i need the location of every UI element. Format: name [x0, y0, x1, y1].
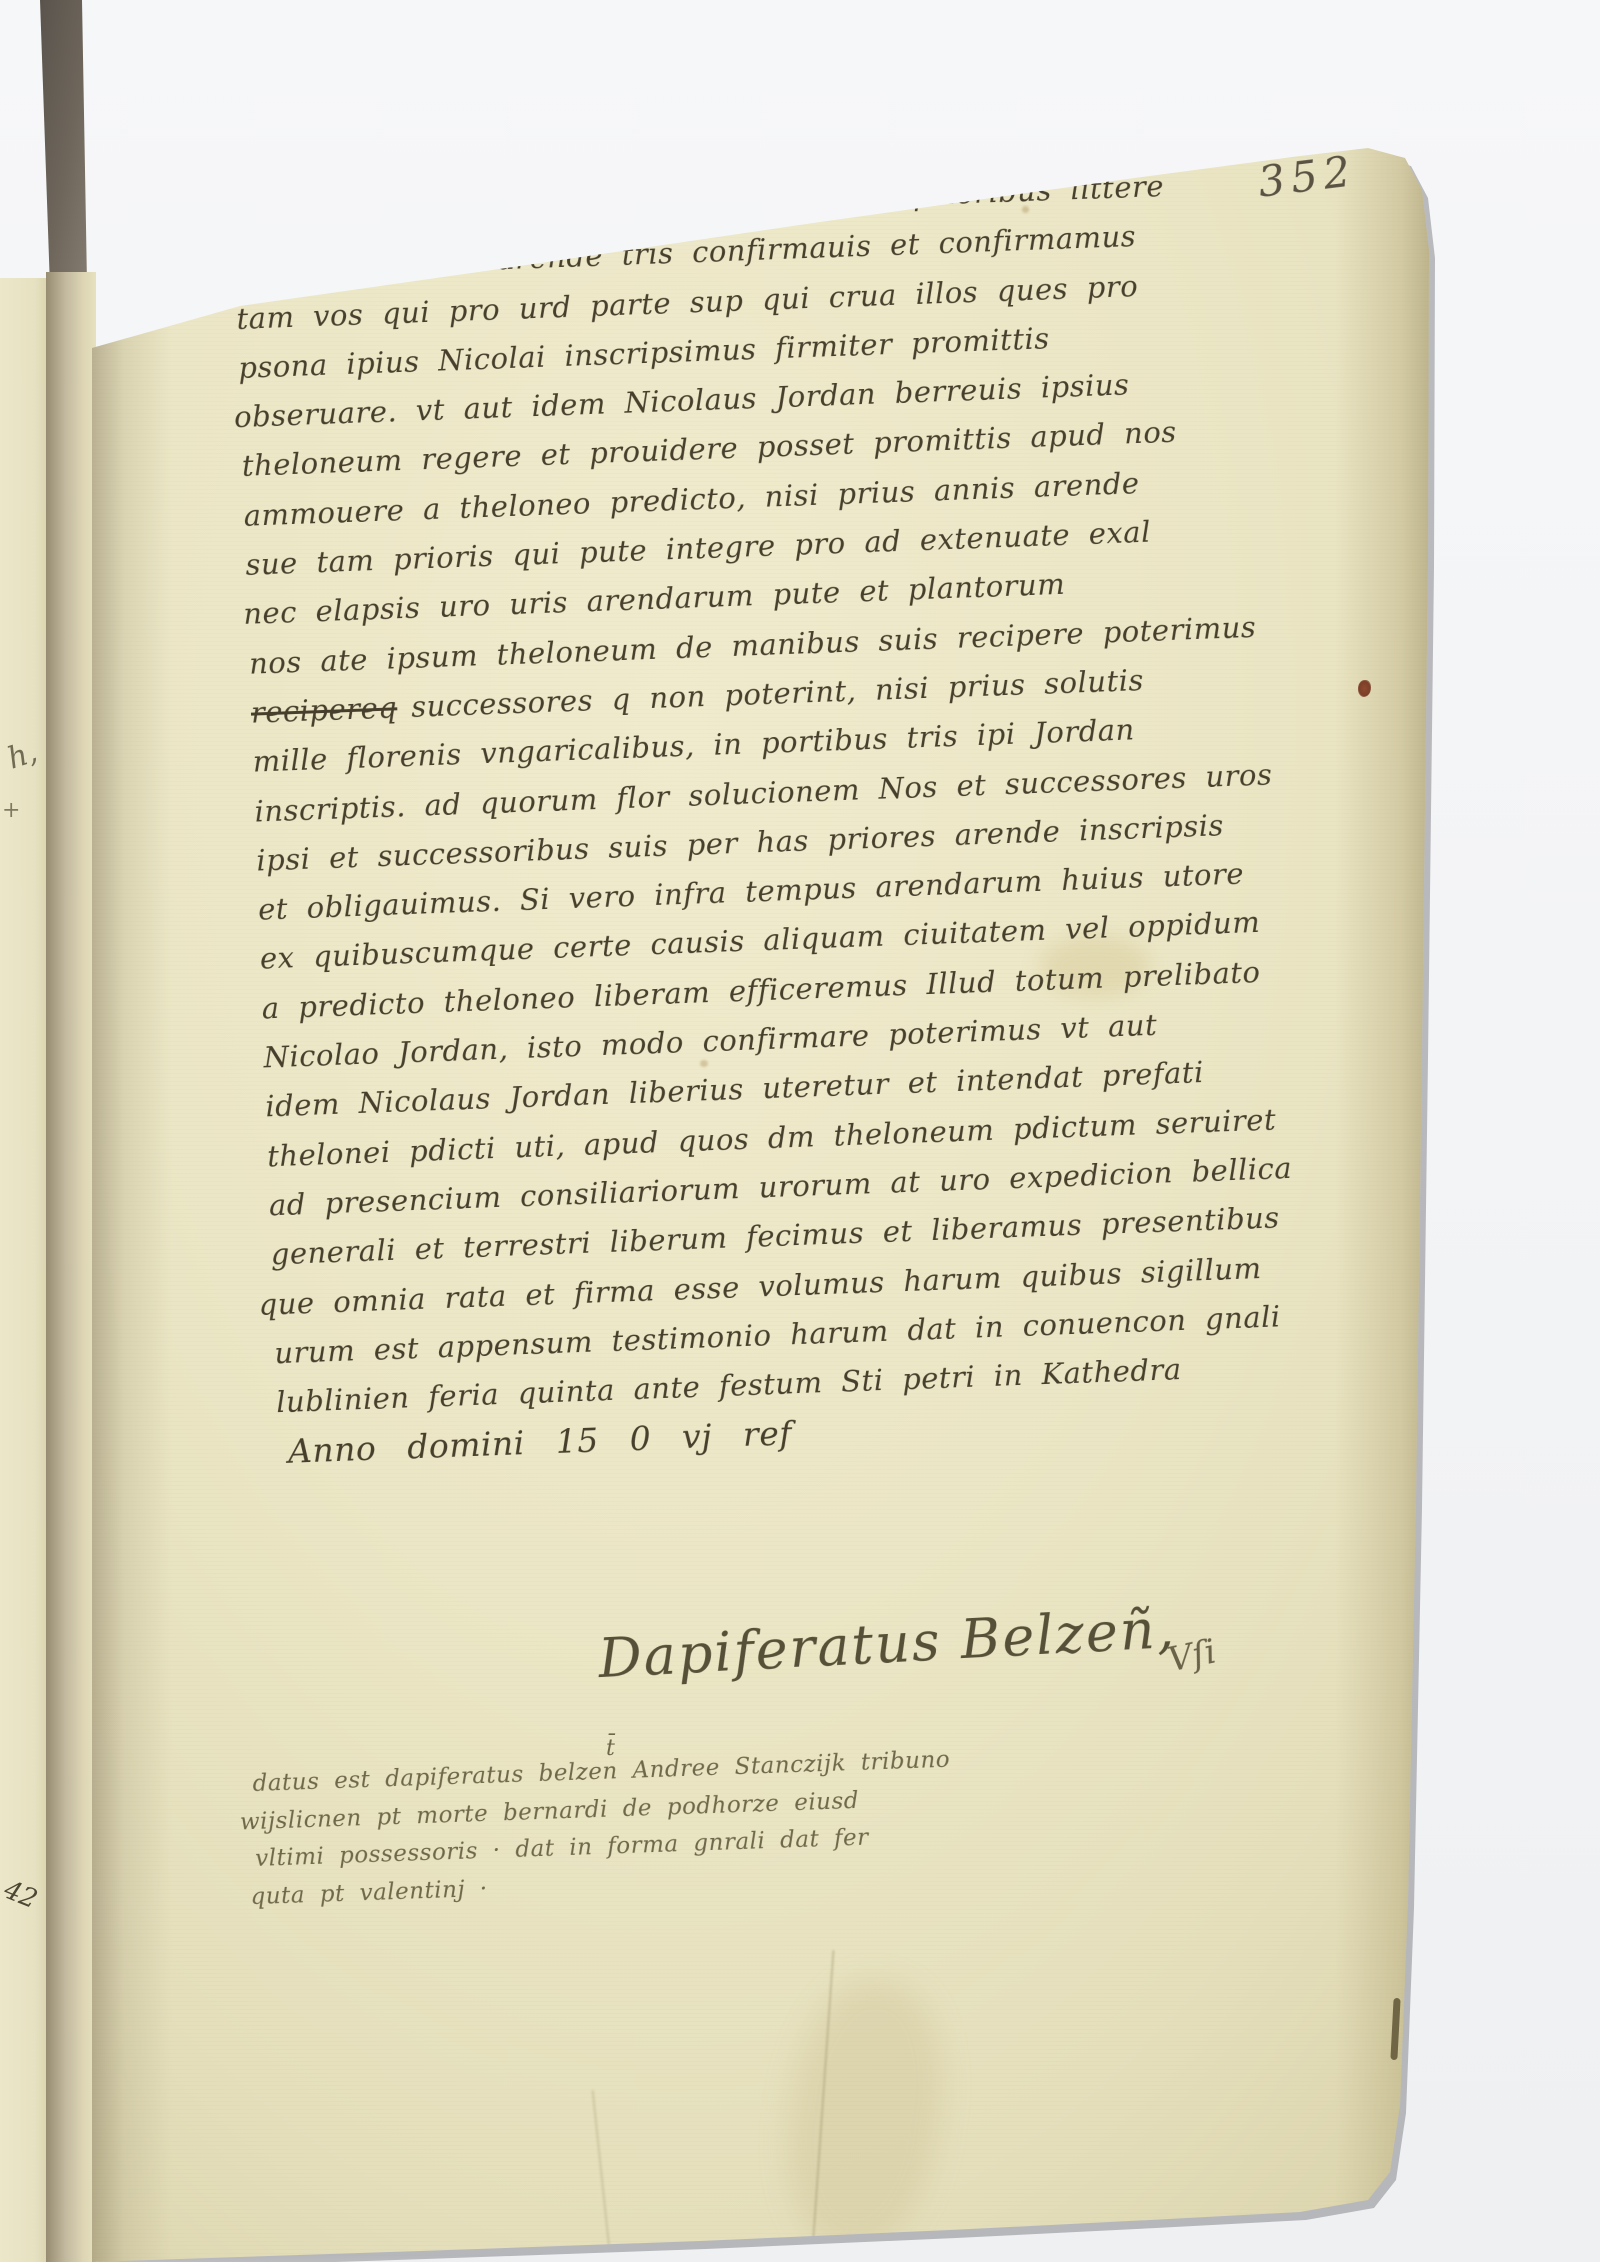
chancery-note: datus est dapiferatus belzen Andree Stan… — [252, 1735, 1157, 1916]
gutter-ink-mark: + — [2, 798, 20, 823]
speck — [905, 188, 914, 196]
manuscript-page: 352 oms et singlos retentos et condicoes… — [0, 0, 1600, 2262]
manuscript-body-text: oms et singlos retentos et condicoes in … — [232, 159, 1293, 1477]
facing-page-edge — [0, 278, 50, 2262]
struck-word: recipereq — [250, 690, 398, 729]
manuscript-scan: { "page": { "folio_number": "352", "edge… — [0, 0, 1600, 2262]
page-left-shading — [92, 280, 172, 2262]
gutter-shadow — [46, 272, 96, 2262]
page-right-shading — [1335, 140, 1432, 2230]
